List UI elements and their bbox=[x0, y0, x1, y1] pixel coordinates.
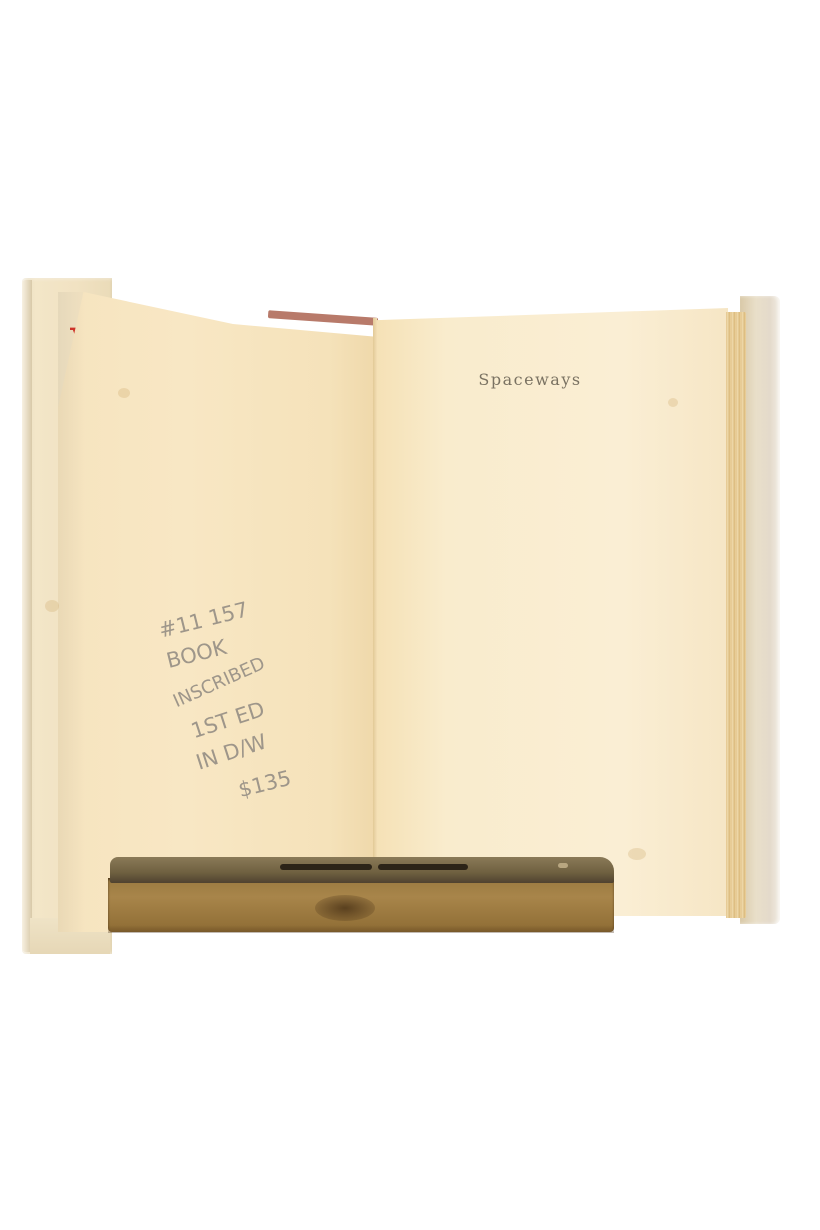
stand-metal-top bbox=[110, 857, 614, 883]
stand-slot bbox=[280, 864, 372, 870]
inscription-line: $135 bbox=[236, 766, 294, 802]
headband bbox=[268, 310, 378, 326]
inscription-line: #11 157 bbox=[156, 597, 250, 642]
wood-knot bbox=[315, 895, 375, 921]
dust-jacket-edge bbox=[22, 280, 32, 952]
foxing-spot bbox=[668, 398, 678, 407]
pencil-inscription: #11 157 BOOK INSCRIBED 1ST ED IN D/W $13… bbox=[150, 600, 320, 800]
book-gutter bbox=[373, 318, 377, 918]
foxing-spot bbox=[118, 388, 130, 398]
stand-shadow bbox=[108, 925, 614, 933]
stand-screw bbox=[558, 863, 568, 868]
page-edges bbox=[726, 312, 746, 918]
title-page-title: Spaceways bbox=[440, 370, 620, 389]
foxing-spot bbox=[45, 600, 59, 612]
foxing-spot bbox=[628, 848, 646, 860]
left-page-shadow bbox=[58, 292, 86, 932]
stand-slot bbox=[378, 864, 468, 870]
inscription-line: BOOK bbox=[164, 635, 229, 673]
dust-jacket-back-spine bbox=[740, 296, 780, 924]
